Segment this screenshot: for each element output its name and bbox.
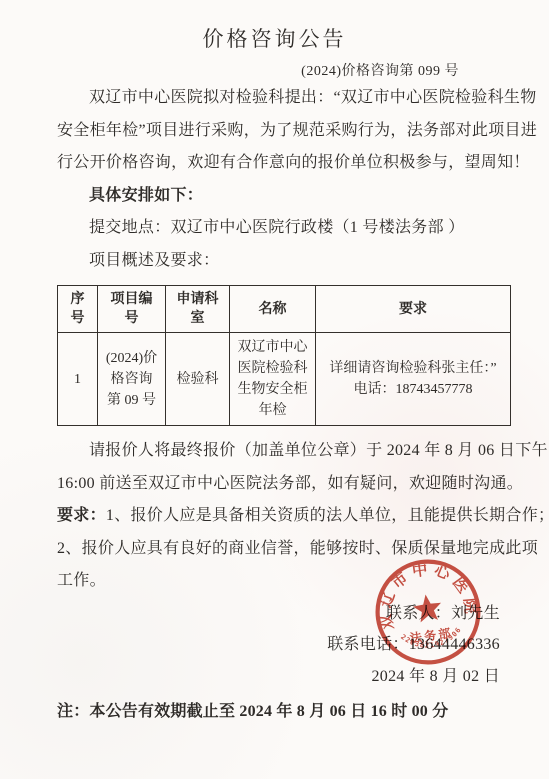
note-section: 注：本公告有效期截止至 2024 年 8 月 06 日 16 时 00 分 [0, 696, 549, 728]
header-seq: 序号 [58, 286, 98, 333]
intro-line-1: 双辽市中心医院拟对检验科提出：“双辽市中心医院检验科生物 [57, 82, 519, 115]
cell-requirement: 详细请咨询检验科张主任：” 电话：18743457778 [316, 333, 511, 426]
document-page: 价格咨询公告 (2024)价格咨询第 099 号 双辽市中心医院拟对检验科提出：… [0, 0, 549, 779]
validity-note: 注：本公告有效期截止至 2024 年 8 月 06 日 16 时 00 分 [57, 696, 519, 728]
contact-block: 联系人：刘先生 联系电话：13644446336 2024 年 8 月 02 日 [0, 598, 549, 693]
cell-name: 双辽市中心医院检验科生物安全柜年检 [230, 333, 316, 426]
cell-department: 检验科 [166, 333, 230, 426]
project-table: 序号 项目编号 申请科室 名称 要求 1 (2024)价格咨询第 09 号 检验… [57, 285, 511, 426]
table-row: 1 (2024)价格咨询第 09 号 检验科 双辽市中心医院检验科生物安全柜年检… [58, 333, 511, 426]
closing-line-1: 请报价人将最终报价（加盖单位公章）于 2024 年 8 月 06 日下午 [57, 435, 519, 468]
requirement-line-2: 电话：18743457778 [322, 379, 504, 400]
closing-line-2: 16:00 前送至双辽市中心医院法务部，如有疑问，欢迎随时沟通。 [57, 468, 519, 501]
cell-seq: 1 [58, 333, 98, 426]
requirement-line-1: 详细请咨询检验科张主任：” [322, 358, 504, 379]
intro-line-2: 安全柜年检”项目进行采购，为了规范采购行为，法务部对此项目进 [57, 115, 519, 148]
contact-person: 联系人：刘先生 [0, 598, 500, 630]
document-number: (2024)价格咨询第 099 号 [0, 62, 549, 82]
header-requirement: 要求 [316, 286, 511, 333]
table-header-row: 序号 项目编号 申请科室 名称 要求 [58, 286, 511, 333]
closing-requirements-line-3: 工作。 [57, 565, 519, 598]
header-name: 名称 [230, 286, 316, 333]
contact-phone: 联系电话：13644446336 [0, 629, 500, 661]
intro-line-3: 行公开价格咨询，欢迎有合作意向的报价单位积极参与，望周知！ [57, 147, 519, 180]
requirements-label: 要求： [57, 507, 106, 524]
document-title: 价格咨询公告 [0, 0, 549, 54]
cell-project-no: (2024)价格咨询第 09 号 [98, 333, 166, 426]
document-body: 双辽市中心医院拟对检验科提出：“双辽市中心医院检验科生物 安全柜年检”项目进行采… [0, 82, 549, 598]
closing-requirements-line-1: 要求：1、报价人应是具备相关资质的法人单位，且能提供长期合作； [57, 500, 519, 533]
header-project-no: 项目编号 [98, 286, 166, 333]
requirements-text-1: 1、报价人应是具备相关资质的法人单位，且能提供长期合作； [106, 507, 549, 524]
closing-requirements-line-2: 2、报价人应具有良好的商业信誉，能够按时、保质保量地完成此项 [57, 533, 519, 566]
arrangement-heading: 具体安排如下： [57, 180, 519, 213]
submission-location: 提交地点：双辽市中心医院行政楼（1 号楼法务部 ） [57, 212, 519, 245]
closing-section: 请报价人将最终报价（加盖单位公章）于 2024 年 8 月 06 日下午 16:… [57, 435, 519, 598]
document-date: 2024 年 8 月 02 日 [0, 661, 500, 693]
header-department: 申请科室 [166, 286, 230, 333]
overview-label: 项目概述及要求： [57, 245, 519, 278]
